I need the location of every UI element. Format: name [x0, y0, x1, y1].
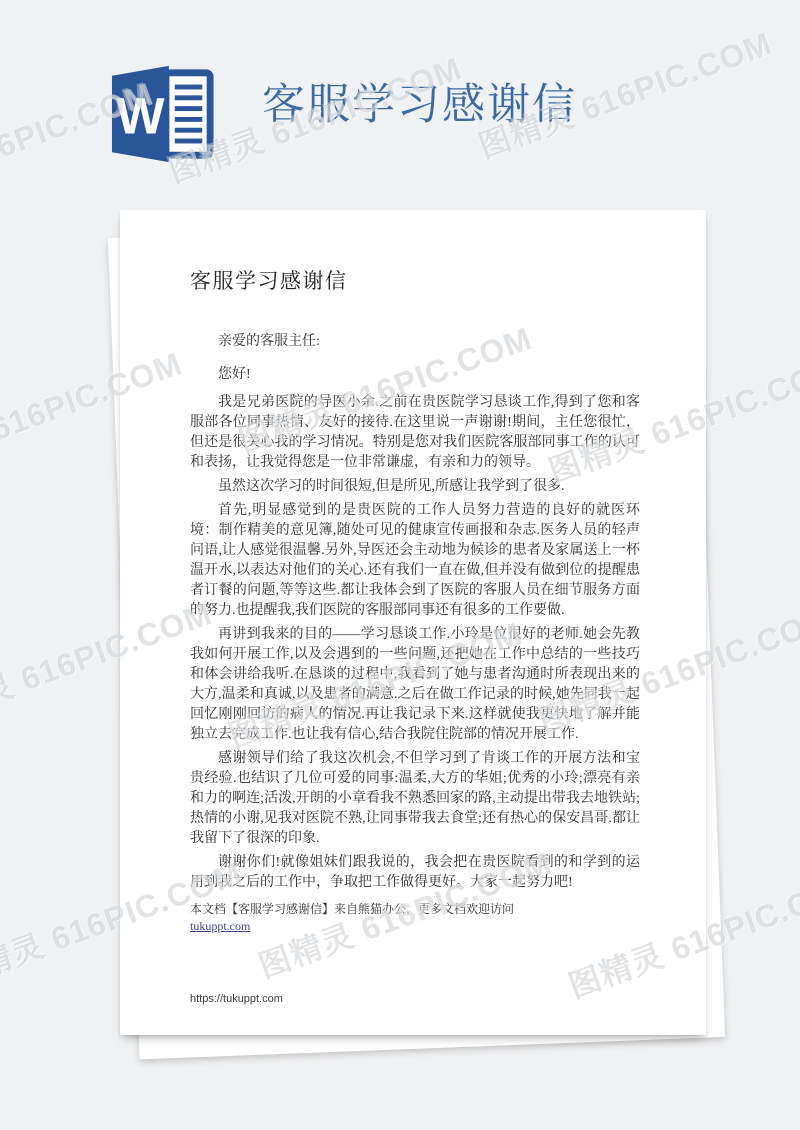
document-page: 客服学习感谢信 亲爱的客服主任: 您好! 我是兄弟医院的导医小余.之前在贵医院学…: [120, 210, 706, 1035]
footer-link[interactable]: tukuppt.com: [190, 919, 250, 933]
letter-paragraph: 首先,明显感觉到的是贵医院的工作人员努力营造的良好的就医环境：制作精美的意见簿,…: [190, 501, 640, 621]
page-background: W 客服学习感谢信 客服学习感谢信 亲爱的客服主任: 您好! 我是兄弟医院的导医…: [0, 0, 800, 1130]
footer-note: 本文档【客服学习感谢信】来自熊猫办公，更多文档欢迎访问: [190, 901, 640, 918]
letter-greeting: 您好!: [190, 365, 640, 385]
header: W 客服学习感谢信: [0, 0, 800, 200]
page-title: 客服学习感谢信: [262, 80, 577, 132]
document-footer: 本文档【客服学习感谢信】来自熊猫办公，更多文档欢迎访问 tukuppt.com: [190, 901, 640, 935]
svg-text:W: W: [116, 88, 165, 145]
letter-paragraph: 虽然这次学习的时间很短,但是所见,所感让我学到了很多.: [190, 477, 640, 497]
letter-paragraph: 谢谢你们!就像姐妹们跟我说的，我会把在贵医院看到的和学到的运用到我之后的工作中，…: [190, 853, 640, 893]
letter-paragraph: 再讲到我来的目的——学习恳谈工作.小玲是位很好的老师.她会先教我如何开展工作,以…: [190, 625, 640, 745]
word-icon: W: [110, 64, 216, 164]
letter-salutation: 亲爱的客服主任:: [190, 332, 640, 352]
letter-paragraph: 我是兄弟医院的导医小余.之前在贵医院学习恳谈工作,得到了您和客服部各位同事热情、…: [190, 393, 640, 473]
letter-paragraph: 感谢领导们给了我这次机会,不但学习到了肯谈工作的开展方法和宝贵经验.也结识了几位…: [190, 749, 640, 849]
document-title: 客服学习感谢信: [190, 266, 640, 296]
page-url: https://tukuppt.com: [190, 993, 283, 1005]
